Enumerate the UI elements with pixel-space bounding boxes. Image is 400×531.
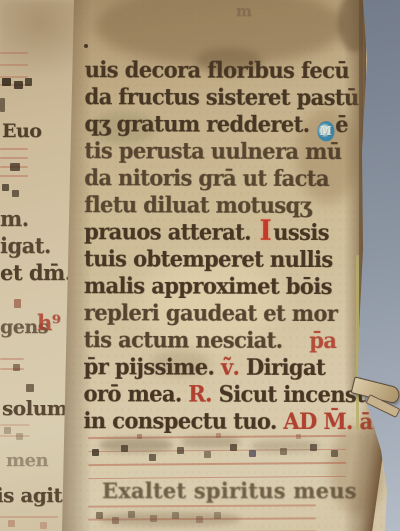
fragment-text: is agit [0,483,62,507]
fragment-text: m [236,2,251,20]
fragment-text: Exaltet spiritus meus [102,478,357,503]
fragment-text: men [6,450,48,471]
fragment-text: et dm̄. [0,260,72,285]
manuscript-photo: Euom.igat.et dm̄.gensh⁹solummenis agit u… [0,0,400,531]
fragment-text: solum [2,396,67,420]
fragment-text: h⁹ [37,310,60,335]
fragment-text: Euo [2,120,41,142]
fragment-text: igat. [0,233,51,258]
fragment-text: m. [0,206,29,231]
binding-tab [350,376,400,424]
